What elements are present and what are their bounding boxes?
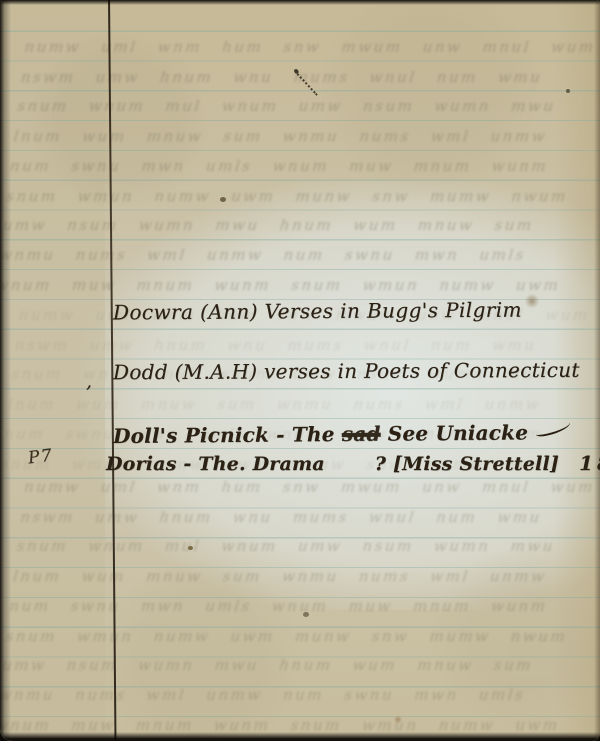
- ink-spot: [566, 89, 570, 93]
- entry-dodd-premark: ,: [86, 371, 92, 392]
- page-edge-left: [0, 0, 11, 741]
- entry-dorias: Dorias - The. Drama? [Miss Strettell]183…: [106, 451, 600, 475]
- entry-dorias-year: 1835: [579, 451, 600, 475]
- entry-dorias-reference: ? [Miss Strettell]: [375, 453, 559, 475]
- entry-dolls-picnick-text-after: See Uniacke: [380, 420, 528, 445]
- page-edge-top: [0, 0, 600, 5]
- struck-out-word: sad: [342, 422, 381, 446]
- paper-tone-top: [0, 0, 600, 300]
- entry-dolls-picnick-text-before: Doll's Picnick - The: [113, 422, 342, 448]
- bleedthrough-writing-top: numw uml wnm hum snw mwum unw mnul wum n…: [0, 33, 600, 301]
- entry-dolls-picnick: Doll's Picnick - The sad See Uniacke: [113, 420, 572, 448]
- margin-note: P7: [27, 446, 55, 469]
- ink-spot: [188, 546, 193, 550]
- entry-docwra-text: Docwra (Ann) Verses in Bugg's Pilgrim: [113, 298, 522, 325]
- ink-spot: [303, 612, 309, 617]
- notebook-page: numw uml wnm hum snw mwum unw mnul wum n…: [0, 0, 600, 741]
- page-edge-right: [594, 0, 600, 741]
- page-edge-bottom: [0, 732, 600, 741]
- entry-dodd: , Dodd (M.A.H) verses in Poets of Connec…: [113, 358, 580, 384]
- stain-spot: [393, 716, 403, 723]
- paper-tone-bottom: [0, 491, 600, 741]
- bleedthrough-writing-bottom: numw uml wnm hum snw mwum unw mnul wum n…: [0, 473, 600, 731]
- entry-docwra: Docwra (Ann) Verses in Bugg's Pilgrim: [113, 298, 522, 325]
- paper-tone-middle: [80, 180, 600, 610]
- entry-dorias-text: Dorias - The. Drama: [106, 453, 325, 475]
- pen-scratch-mark: [295, 71, 318, 96]
- entry-dodd-text: Dodd (M.A.H) verses in Poets of Connecti…: [113, 358, 580, 384]
- stain-spot: [524, 294, 540, 308]
- pen-flourish: [534, 419, 572, 439]
- ink-spot: [220, 197, 226, 202]
